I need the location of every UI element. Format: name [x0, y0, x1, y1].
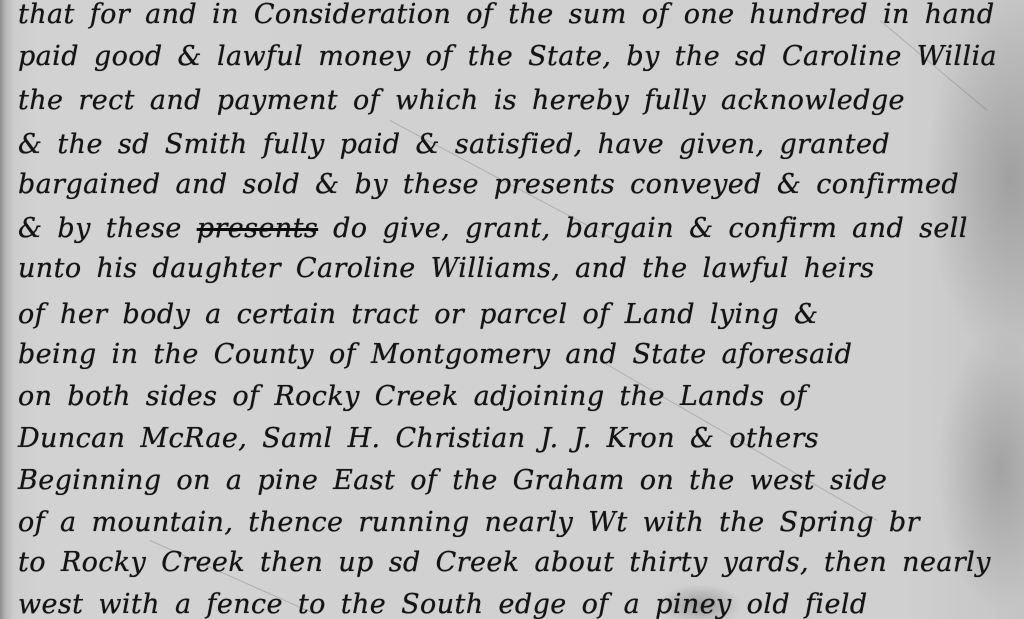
line-text: unto his daughter Caroline Williams, and… [18, 253, 875, 284]
line-text: west with a fence to the South edge of a… [18, 589, 868, 619]
manuscript-line-11: Duncan McRae, Saml H. Christian J. J. Kr… [18, 422, 1024, 456]
line-text: bargained and sold & by these presents c… [18, 169, 959, 200]
manuscript-line-2: paid good & lawful money of the State, b… [18, 40, 1024, 74]
manuscript-line-7: unto his daughter Caroline Williams, and… [18, 252, 1024, 286]
manuscript-line-8: of her body a certain tract or parcel of… [18, 298, 1024, 332]
manuscript-line-14: to Rocky Creek then up sd Creek about th… [18, 546, 1024, 580]
manuscript-line-10: on both sides of Rocky Creek adjoining t… [18, 380, 1024, 414]
manuscript-line-5: bargained and sold & by these presents c… [18, 168, 1024, 202]
struck-out-word: presents [197, 213, 318, 244]
manuscript-line-3: the rect and payment of which is hereby … [18, 84, 1024, 118]
manuscript-line-4: & the sd Smith fully paid & satisfied, h… [18, 128, 1024, 162]
line-text: that for and in Consideration of the sum… [18, 0, 995, 30]
line-text: Beginning on a pine East of the Graham o… [18, 465, 887, 496]
line-text: Duncan McRae, Saml H. Christian J. J. Kr… [18, 423, 819, 454]
manuscript-line-1: that for and in Consideration of the sum… [18, 0, 1024, 32]
manuscript-line-9: being in the County of Montgomery and St… [18, 338, 1024, 372]
line-text: & the sd Smith fully paid & satisfied, h… [18, 129, 890, 160]
manuscript-line-12: Beginning on a pine East of the Graham o… [18, 464, 1024, 498]
manuscript-line-13: of a mountain, thence running nearly Wt … [18, 506, 1024, 540]
manuscript-line-15: west with a fence to the South edge of a… [18, 588, 1024, 619]
line-text: of a mountain, thence running nearly Wt … [18, 507, 920, 538]
manuscript-line-6: & by these presents do give, grant, barg… [18, 212, 1024, 246]
line-text: do give, grant, bargain & confirm and se… [318, 213, 968, 244]
line-text: of her body a certain tract or parcel of… [18, 299, 818, 330]
line-text: & by these [18, 213, 197, 244]
line-text: on both sides of Rocky Creek adjoining t… [18, 381, 807, 412]
line-text: being in the County of Montgomery and St… [18, 339, 852, 370]
line-text: to Rocky Creek then up sd Creek about th… [18, 547, 991, 578]
manuscript-page: that for and in Consideration of the sum… [0, 0, 1024, 619]
line-text: paid good & lawful money of the State, b… [18, 41, 997, 72]
line-text: the rect and payment of which is hereby … [18, 85, 905, 116]
